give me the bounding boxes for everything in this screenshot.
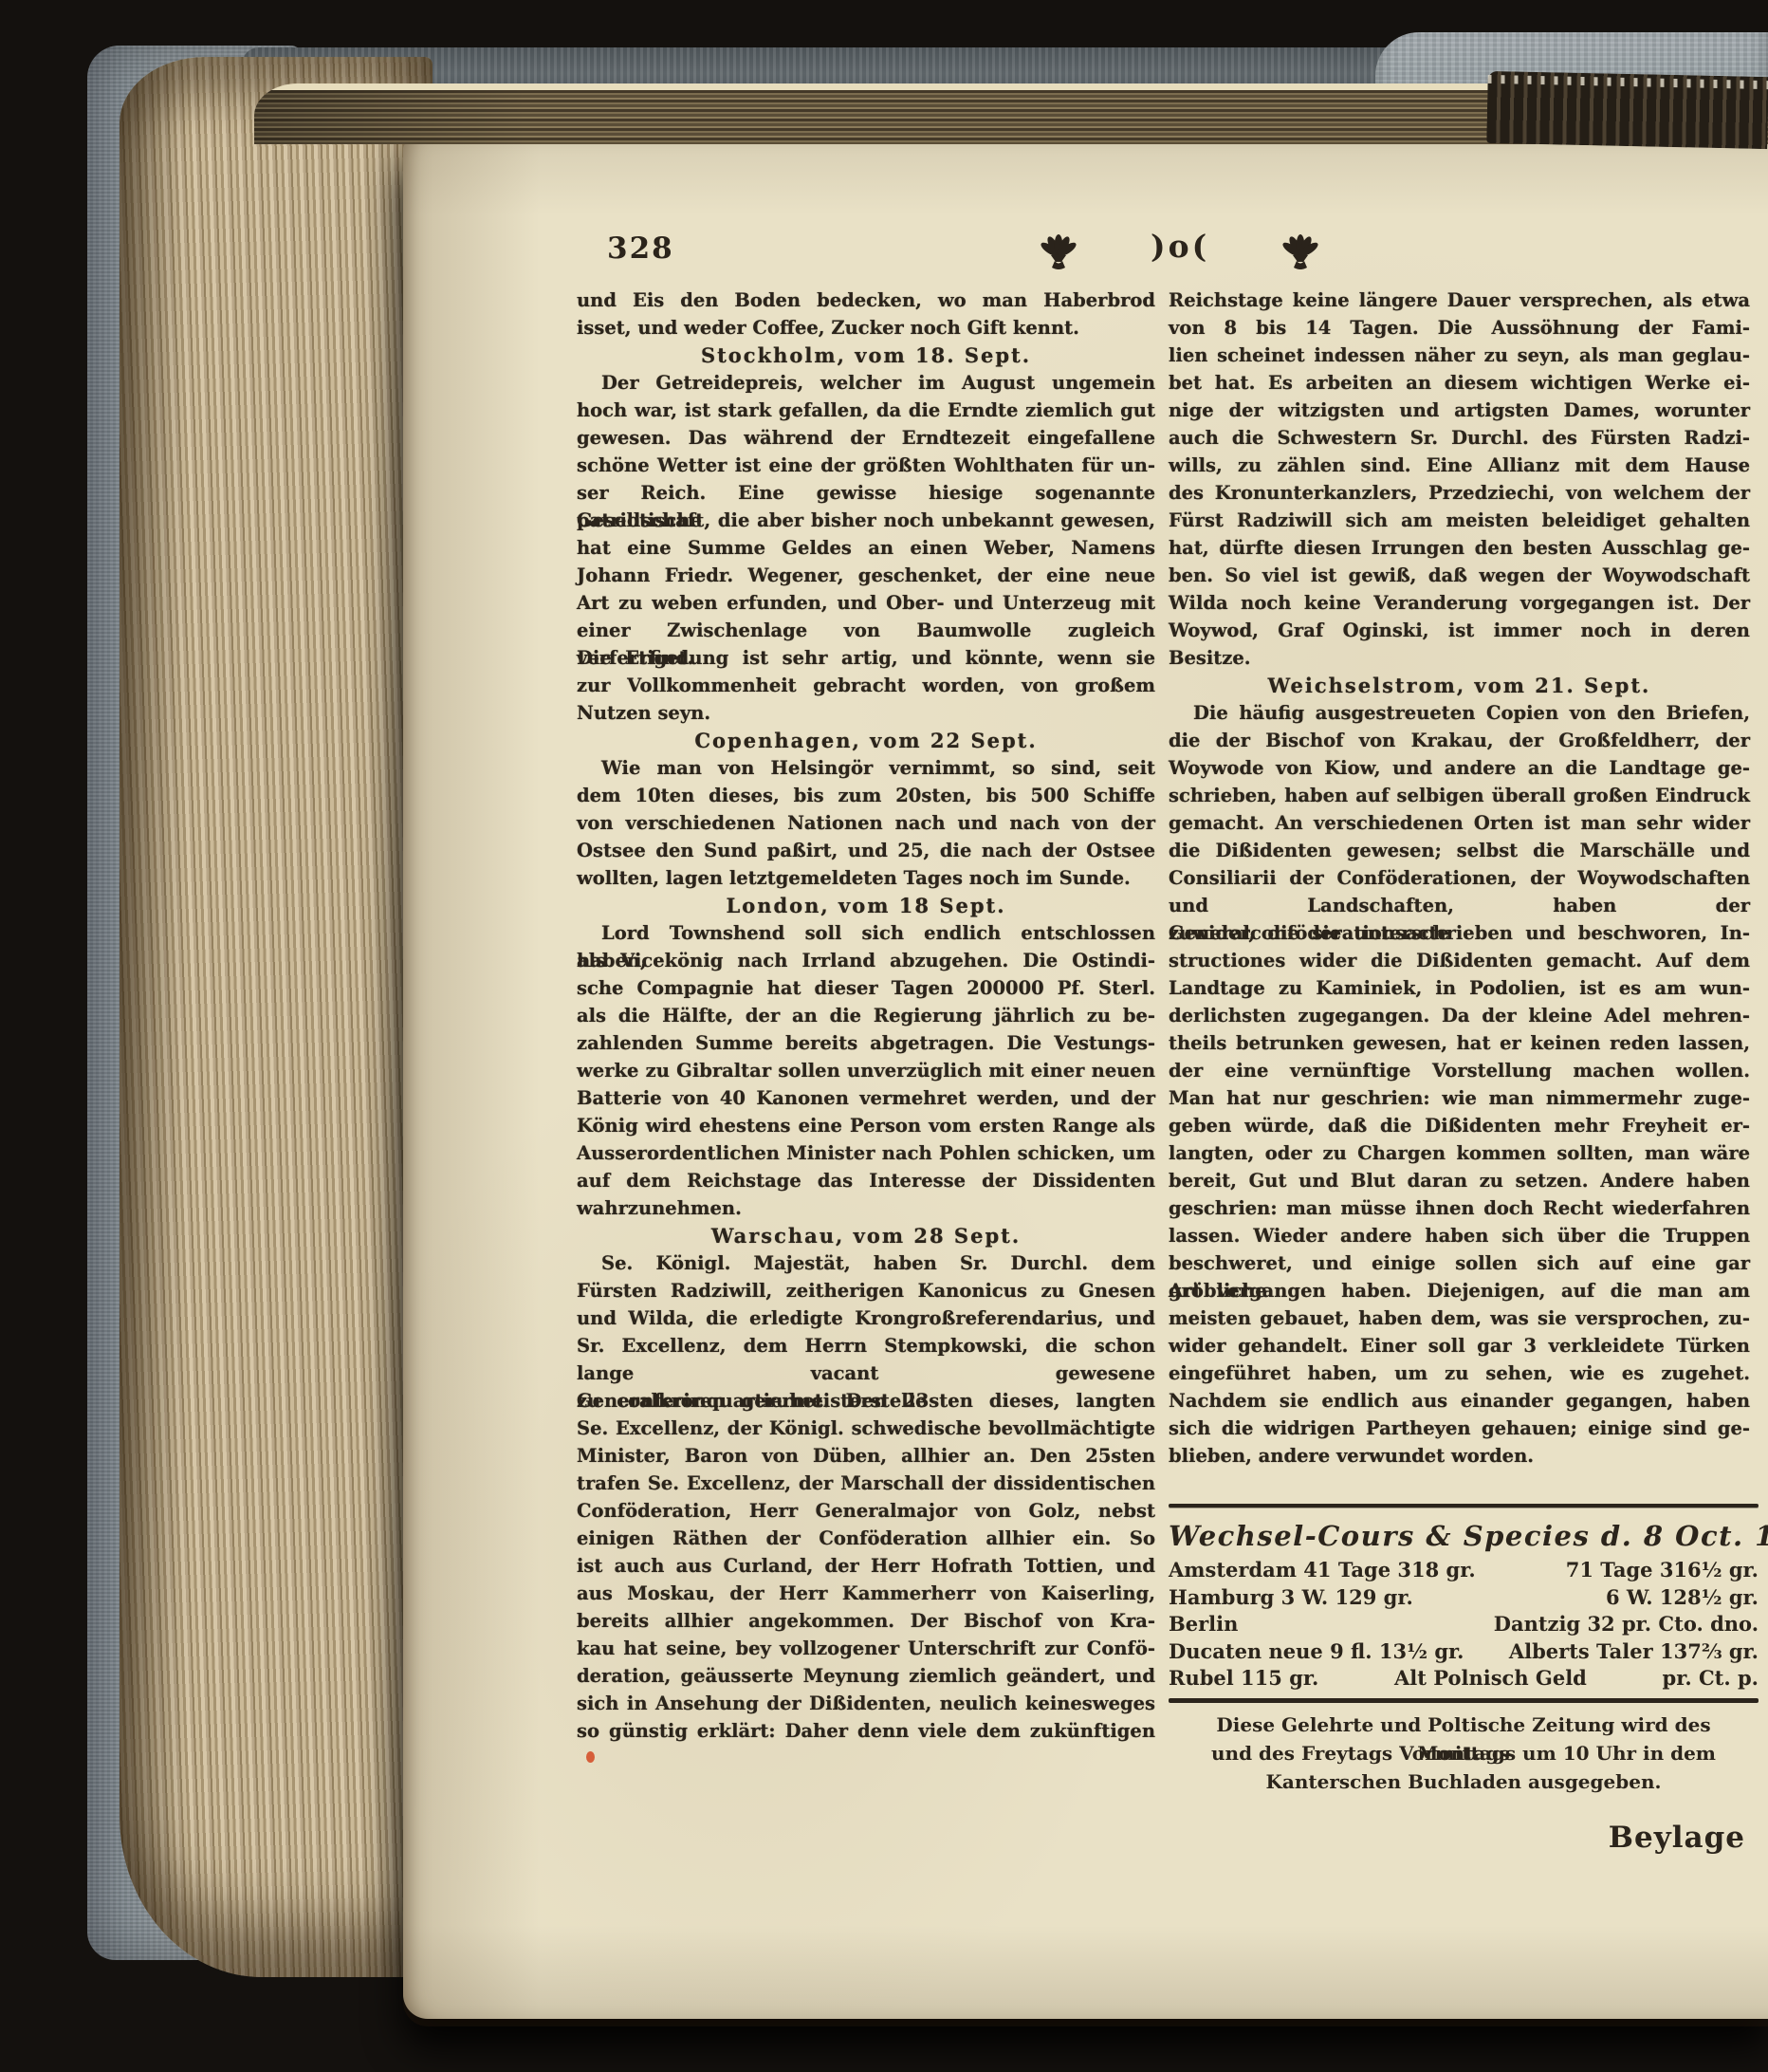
exchange-rate-cell: Alberts Taler 137⅔ gr. bbox=[1509, 1638, 1759, 1666]
text-line: und Eis den Boden bedecken, wo man Haber… bbox=[577, 287, 1155, 314]
exchange-rate-cell: 6 W. 128½ gr. bbox=[1606, 1584, 1759, 1612]
text-line: Fürsten Radziwill, zeitherigen Kanonicus… bbox=[577, 1277, 1155, 1304]
text-line: trafen Se. Excellenz, der Marschall der … bbox=[577, 1470, 1155, 1497]
text-line: lange vacant gewesene Generalkronquartie… bbox=[577, 1360, 1155, 1387]
page-number: 328 bbox=[607, 231, 674, 266]
text-line: Woywod, Graf Oginski, ist immer noch in … bbox=[1169, 617, 1750, 644]
text-line: derlichsten zugegangen. Da der kleine Ad… bbox=[1169, 1002, 1750, 1029]
text-line: beschweret, und einige sollen sich auf e… bbox=[1169, 1249, 1750, 1277]
exchange-rate-row: Rubel 115 gr.Alt Polnisch Geldpr. Ct. p. bbox=[1169, 1665, 1759, 1693]
text-line: werke zu Gibraltar sollen unverzüglich m… bbox=[577, 1057, 1155, 1084]
text-line: Woywode von Kiow, und andere an die Land… bbox=[1169, 754, 1750, 782]
text-line: wahrzunehmen. bbox=[577, 1194, 1155, 1222]
text-line: Minister, Baron von Düben, allhier an. D… bbox=[577, 1442, 1155, 1470]
text-line: schrieben, haben auf selbigen überall gr… bbox=[1169, 782, 1750, 809]
text-line: zur Vollkommenheit gebracht worden, von … bbox=[577, 672, 1155, 699]
text-line: Die Erfindung ist sehr artig, und könnte… bbox=[577, 644, 1155, 672]
dateline-heading: Stockholm, vom 18. Sept. bbox=[577, 342, 1155, 369]
text-line: Ausserordentlichen Minister nach Pohlen … bbox=[577, 1139, 1155, 1167]
text-line: geschrien: man müsse ihnen doch Recht wi… bbox=[1169, 1194, 1750, 1222]
binding-stitch-edge bbox=[1486, 71, 1768, 149]
left-column: und Eis den Boden bedecken, wo man Haber… bbox=[577, 287, 1155, 1745]
text-line: hat, dürfte diesen Irrungen den besten A… bbox=[1169, 534, 1750, 562]
text-line: structiones wider die Dißidenten gemacht… bbox=[1169, 947, 1750, 974]
text-line: Fürst Radziwill sich am meisten beleidig… bbox=[1169, 507, 1750, 534]
publication-notice: Diese Gelehrte und Poltische Zeitung wir… bbox=[1169, 1711, 1759, 1796]
text-line: so günstig erklärt: Daher denn viele dem… bbox=[577, 1717, 1155, 1745]
exchange-rate-cell: Alt Polnisch Geld bbox=[1394, 1665, 1587, 1693]
exchange-rate-row: Hamburg 3 W. 129 gr.6 W. 128½ gr. bbox=[1169, 1584, 1759, 1612]
text-line: wills, zu zählen sind. Eine Allianz mit … bbox=[1169, 452, 1750, 479]
text-line: und Landschaften, haben der Generalconfö… bbox=[1169, 892, 1750, 919]
text-line: und des Freytags Vormittags um 10 Uhr in… bbox=[1169, 1739, 1759, 1767]
text-line: Reichstage keine längere Dauer versprech… bbox=[1169, 287, 1750, 314]
text-line: deration, geäusserte Meynung ziemlich ge… bbox=[577, 1662, 1155, 1690]
text-line: schöne Wetter ist eine der größten Wohlt… bbox=[577, 452, 1155, 479]
text-line: wollten, lagen letztgemeldeten Tages noc… bbox=[577, 864, 1155, 892]
text-line: Batterie von 40 Kanonen vermehret werden… bbox=[577, 1084, 1155, 1112]
text-line: dem 10ten dieses, bis zum 20sten, bis 50… bbox=[577, 782, 1155, 809]
text-line: Lord Townshend soll sich endlich entschl… bbox=[577, 919, 1155, 947]
divider-rule bbox=[1169, 1698, 1759, 1703]
right-column: Reichstage keine längere Dauer versprech… bbox=[1169, 287, 1750, 1470]
text-line: Johann Friedr. Wegener, geschenket, der … bbox=[577, 562, 1155, 589]
beylage-label: Beylage bbox=[1169, 1821, 1759, 1855]
text-line: langten, oder zu Chargen kommen sollten,… bbox=[1169, 1139, 1750, 1167]
shell-ornament-icon bbox=[1037, 231, 1080, 274]
text-line: Se. Excellenz, der Königl. schwedische b… bbox=[577, 1415, 1155, 1442]
text-line: zu conferiren geruhet. Den 23sten dieses… bbox=[577, 1387, 1155, 1415]
dateline-heading: Warschau, vom 28 Sept. bbox=[577, 1222, 1155, 1249]
text-line: Man hat nur geschrien: wie man nimmermeh… bbox=[1169, 1084, 1750, 1112]
text-line: die der Bischof von Krakau, der Großfeld… bbox=[1169, 727, 1750, 754]
text-line: Conföderation, Herr Generalmajor von Gol… bbox=[577, 1497, 1155, 1525]
text-line: Art zu weben erfunden, und Ober- und Unt… bbox=[577, 589, 1155, 617]
dateline-heading: Copenhagen, vom 22 Sept. bbox=[577, 727, 1155, 754]
text-line: ser Reich. Eine gewisse hiesige sogenann… bbox=[577, 479, 1155, 507]
text-line: isset, und weder Coffee, Zucker noch Gif… bbox=[577, 314, 1155, 342]
page: 328 )o( bbox=[403, 140, 1768, 2019]
text-line: der eine vernünftige Vorstellung machen … bbox=[1169, 1057, 1750, 1084]
dateline-heading: Weichselstrom, vom 21. Sept. bbox=[1169, 672, 1750, 699]
text-line: Nutzen seyn. bbox=[577, 699, 1155, 727]
header-center-mark: )o( bbox=[1151, 228, 1209, 265]
text-line: Nachdem sie endlich aus einander gegange… bbox=[1169, 1387, 1750, 1415]
text-line: des Kronunterkanzlers, Przedziechi, von … bbox=[1169, 479, 1750, 507]
text-line: aus Moskau, der Herr Kammerherr von Kais… bbox=[577, 1580, 1155, 1607]
exchange-rate-row: BerlinDantzig 32 pr. Cto. dno. bbox=[1169, 1611, 1759, 1638]
red-ink-fleck bbox=[586, 1751, 595, 1763]
text-line: gewesen. Das während der Erndtezeit eing… bbox=[577, 424, 1155, 452]
text-line: von verschiedenen Nationen nach und nach… bbox=[577, 809, 1155, 837]
text-line: ben. So viel ist gewiß, daß wegen der Wo… bbox=[1169, 562, 1750, 589]
text-line: Wie man von Helsingör vernimmt, so sind,… bbox=[577, 754, 1155, 782]
text-line: Se. Königl. Majestät, haben Sr. Durchl. … bbox=[577, 1249, 1155, 1277]
page-stack-fore-edge bbox=[120, 57, 433, 1977]
text-line: König wird ehestens eine Person vom erst… bbox=[577, 1112, 1155, 1139]
text-line: kau hat seine, bey vollzogener Unterschr… bbox=[577, 1635, 1155, 1662]
text-line: als Vicekönig nach Irrland abzugehen. Di… bbox=[577, 947, 1155, 974]
dateline-heading: London, vom 18 Sept. bbox=[577, 892, 1155, 919]
divider-rule bbox=[1169, 1504, 1759, 1508]
text-line: sche Compagnie hat dieser Tagen 200000 P… bbox=[577, 974, 1155, 1002]
text-line: lassen. Wieder andere haben sich über di… bbox=[1169, 1222, 1750, 1249]
text-line: ist auch aus Curland, der Herr Hofrath T… bbox=[577, 1552, 1155, 1580]
text-line: wider gehandelt. Einer soll gar 3 verkle… bbox=[1169, 1332, 1750, 1360]
text-line: meisten gebauet, haben dem, was sie vers… bbox=[1169, 1304, 1750, 1332]
shell-ornament-icon bbox=[1279, 231, 1322, 274]
exchange-table: Wechsel-Cours & Species d. 8 Oct. 1767. … bbox=[1169, 1504, 1759, 1855]
text-line: einigen Räthen der Conföderation allhier… bbox=[577, 1525, 1155, 1552]
text-line: die Dißidenten gewesen; selbst die Marsc… bbox=[1169, 837, 1750, 864]
exchange-rate-cell: Berlin bbox=[1169, 1611, 1238, 1638]
exchange-table-title: Wechsel-Cours & Species d. 8 Oct. 1767. bbox=[1169, 1515, 1759, 1557]
text-line: zuwider, die sie unterschrieben und besc… bbox=[1169, 919, 1750, 947]
book-photograph: 328 )o( bbox=[0, 0, 1768, 2072]
text-line: gemacht. An verschiedenen Orten ist man … bbox=[1169, 809, 1750, 837]
text-line: auch die Schwestern Sr. Durchl. des Fürs… bbox=[1169, 424, 1750, 452]
text-line: geben würde, daß die Dißidenten mehr Fre… bbox=[1169, 1112, 1750, 1139]
text-line: sich die widrigen Partheyen gehauen; ein… bbox=[1169, 1415, 1750, 1442]
text-line: bet hat. Es arbeiten an diesem wichtigen… bbox=[1169, 369, 1750, 397]
text-line: Diese Gelehrte und Poltische Zeitung wir… bbox=[1169, 1711, 1759, 1739]
text-line: Consiliarii der Conföderationen, der Woy… bbox=[1169, 864, 1750, 892]
text-line: Besitze. bbox=[1169, 644, 1750, 672]
text-line: Der Getreidepreis, welcher im August ung… bbox=[577, 369, 1155, 397]
text-line: bereit, Gut und Blut daran zu setzen. An… bbox=[1169, 1167, 1750, 1194]
exchange-rate-cell: 71 Tage 316½ gr. bbox=[1566, 1557, 1759, 1584]
text-line: hoch war, ist stark gefallen, da die Ern… bbox=[577, 397, 1155, 424]
text-line: theils betrunken gewesen, hat er keinen … bbox=[1169, 1029, 1750, 1057]
exchange-rate-cell: Rubel 115 gr. bbox=[1169, 1665, 1318, 1693]
text-line: Die häufig ausgestreueten Copien von den… bbox=[1169, 699, 1750, 727]
text-line: zahlenden Summe bereits abgetragen. Die … bbox=[577, 1029, 1155, 1057]
text-line: hat eine Summe Geldes an einen Weber, Na… bbox=[577, 534, 1155, 562]
text-line: Ostsee den Sund paßirt, und 25, die nach… bbox=[577, 837, 1155, 864]
exchange-rate-cell: Amsterdam 41 Tage 318 gr. bbox=[1169, 1557, 1476, 1584]
text-line: nige der witzigsten und artigsten Dames,… bbox=[1169, 397, 1750, 424]
exchange-rate-cell: pr. Ct. p. bbox=[1663, 1665, 1759, 1693]
text-line: Art vergangen haben. Diejenigen, auf die… bbox=[1169, 1277, 1750, 1304]
text-line: sich in Ansehung der Dißidenten, neulich… bbox=[577, 1690, 1155, 1717]
exchange-rate-cell: Dantzig 32 pr. Cto. dno. bbox=[1494, 1611, 1759, 1638]
exchange-rate-cell: Ducaten neue 9 fl. 13½ gr. bbox=[1169, 1638, 1464, 1666]
exchange-rate-row: Ducaten neue 9 fl. 13½ gr.Alberts Taler … bbox=[1169, 1638, 1759, 1666]
text-line: bereits allhier angekommen. Der Bischof … bbox=[577, 1607, 1155, 1635]
exchange-table-rows: Amsterdam 41 Tage 318 gr.71 Tage 316½ gr… bbox=[1169, 1557, 1759, 1693]
text-line: von 8 bis 14 Tagen. Die Aussöhnung der F… bbox=[1169, 314, 1750, 342]
text-line: einer Zwischenlage von Baumwolle zugleic… bbox=[577, 617, 1155, 644]
exchange-rate-cell: Hamburg 3 W. 129 gr. bbox=[1169, 1584, 1413, 1612]
text-line: eingeführet haben, um zu sehen, wie es z… bbox=[1169, 1360, 1750, 1387]
text-line: Sr. Excellenz, dem Herrn Stempkowski, di… bbox=[577, 1332, 1155, 1360]
text-line: Kanterschen Buchladen ausgegeben. bbox=[1169, 1767, 1759, 1796]
text-line: Wilda noch keine Veranderung vorgegangen… bbox=[1169, 589, 1750, 617]
text-line: auf dem Reichstage das Interesse der Dis… bbox=[577, 1167, 1155, 1194]
text-line: Gesellschaft, die aber bisher noch unbek… bbox=[577, 507, 1155, 534]
text-line: lien scheinet indessen näher zu seyn, al… bbox=[1169, 342, 1750, 369]
exchange-rate-row: Amsterdam 41 Tage 318 gr.71 Tage 316½ gr… bbox=[1169, 1557, 1759, 1584]
text-line: und Wilda, die erledigte Krongroßreferen… bbox=[577, 1304, 1155, 1332]
text-line: Landtage zu Kaminiek, in Podolien, ist e… bbox=[1169, 974, 1750, 1002]
text-line: als die Hälfte, der an die Regierung jäh… bbox=[577, 1002, 1155, 1029]
text-line: blieben, andere verwundet worden. bbox=[1169, 1442, 1750, 1470]
